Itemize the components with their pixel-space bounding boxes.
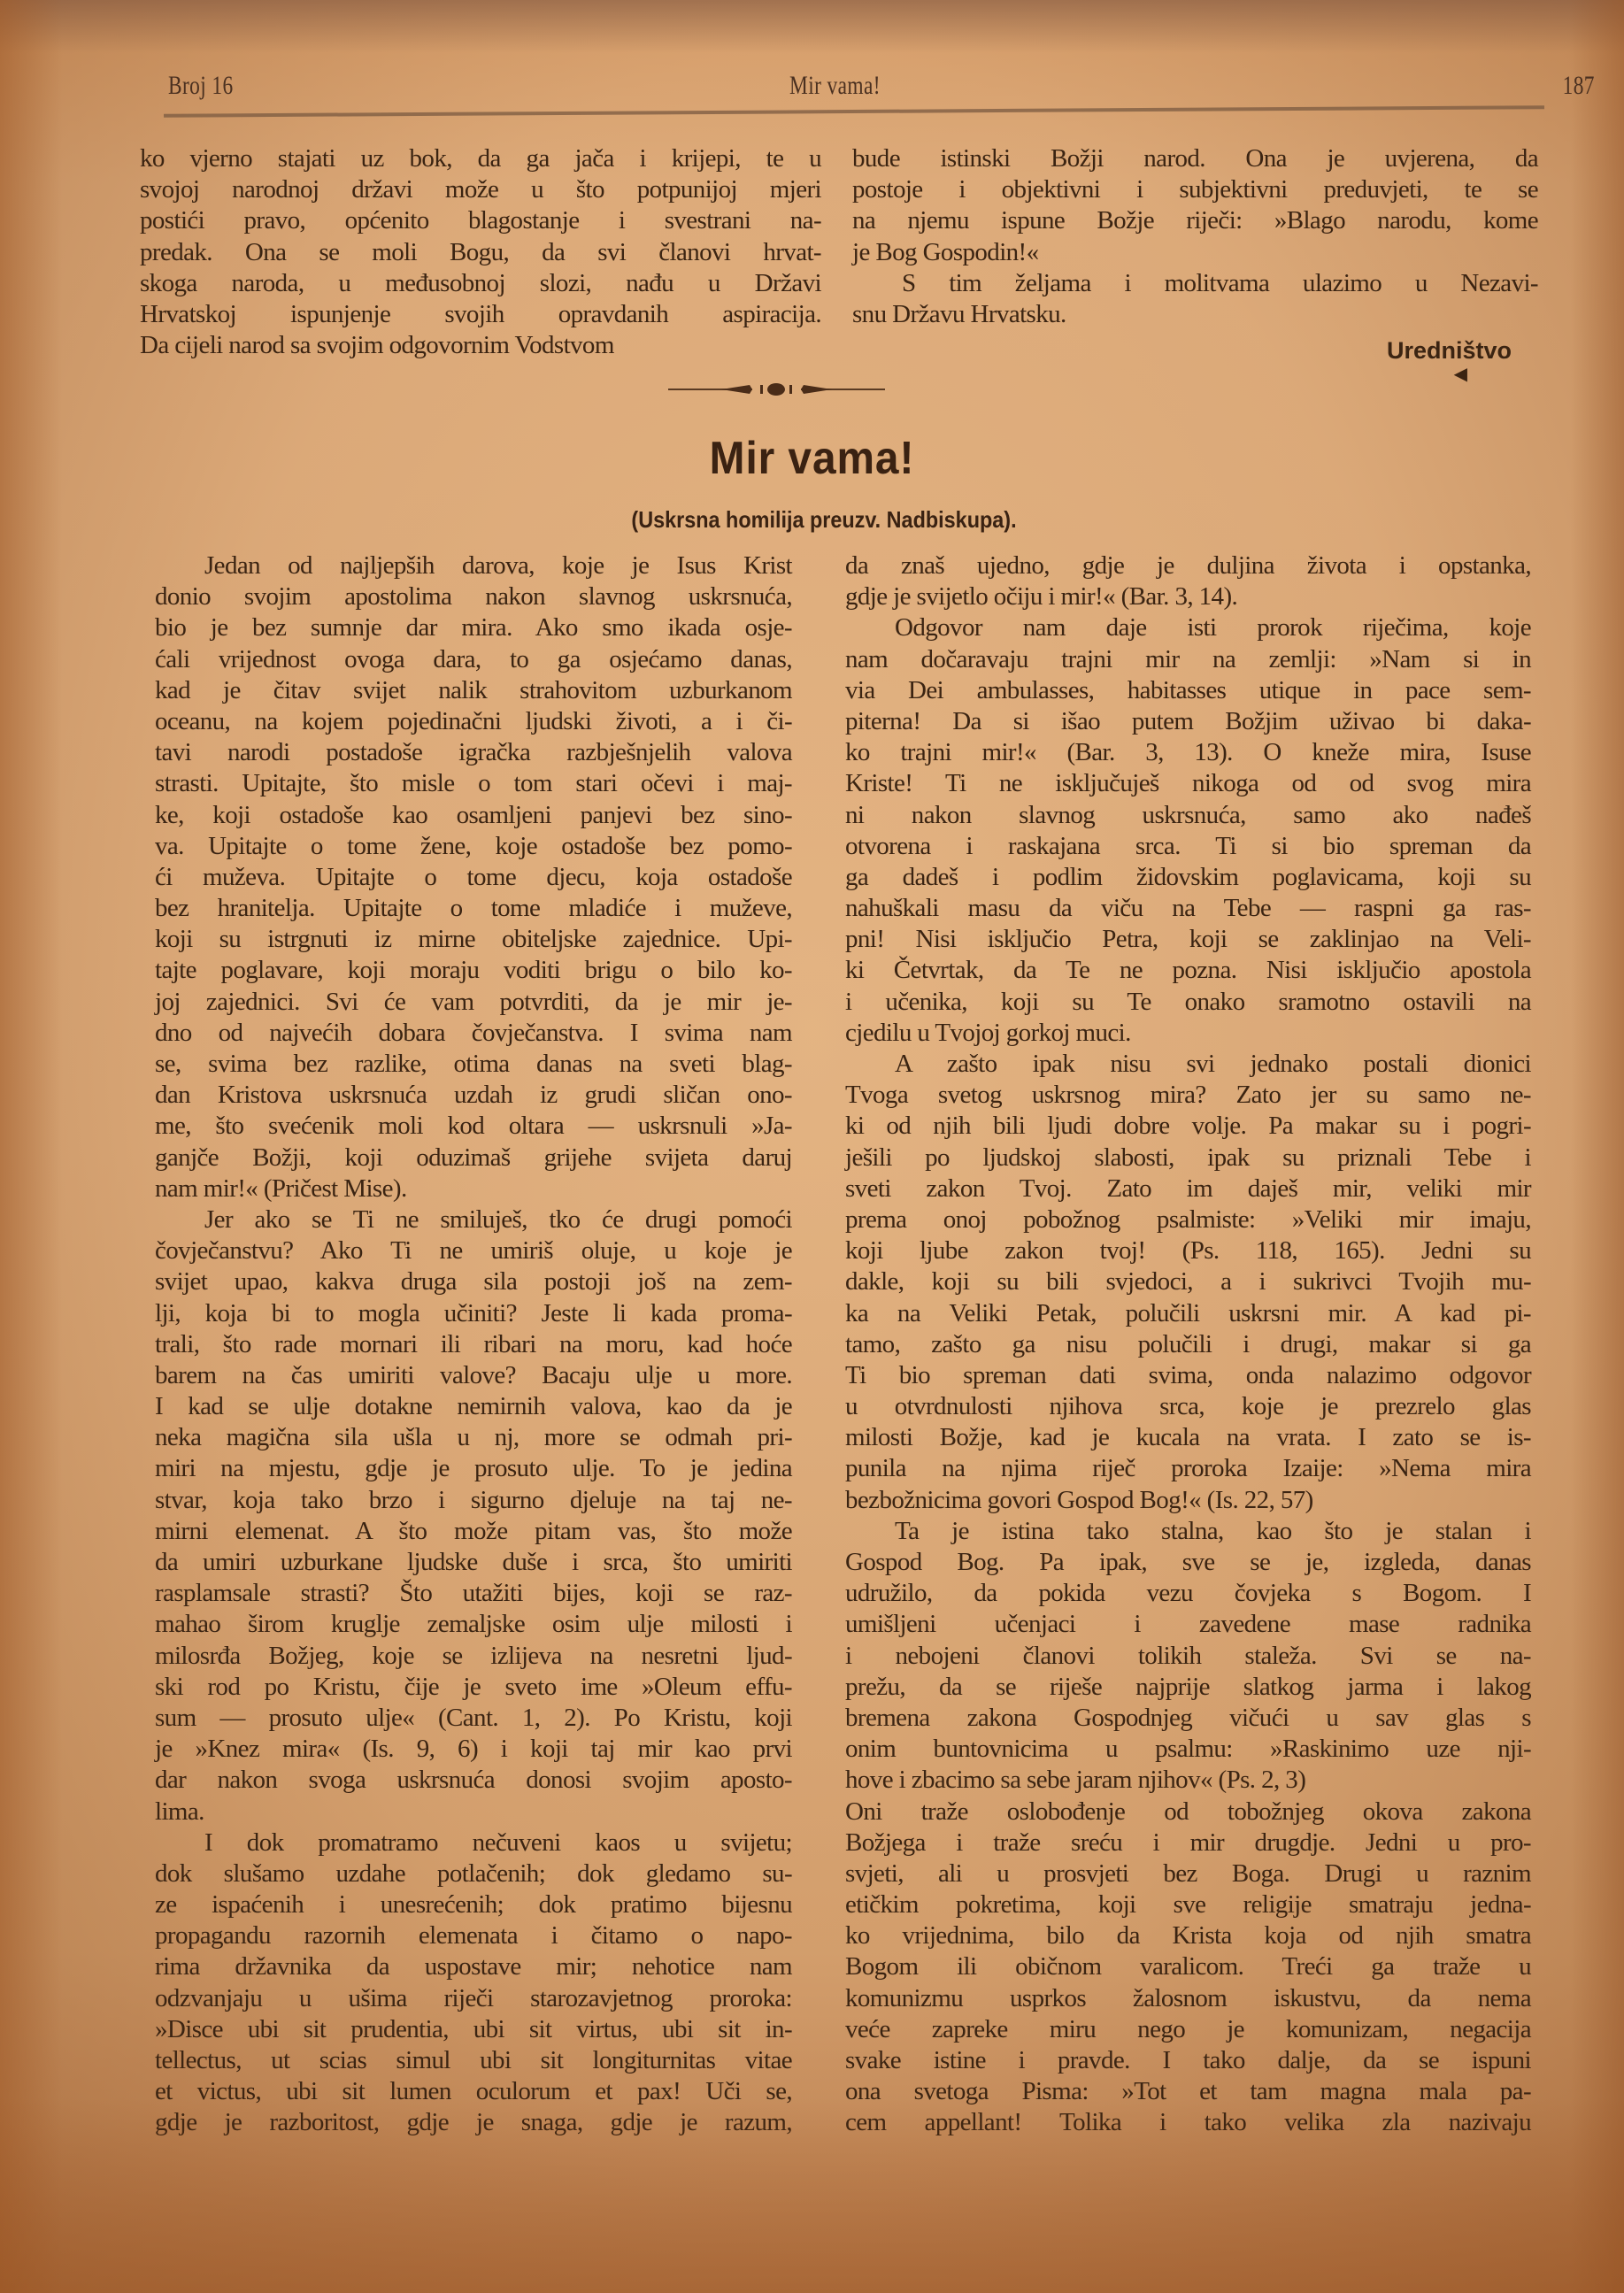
article-subtitle: (Uskrsna homilija preuzv. Nadbiskupa). xyxy=(81,506,1543,534)
text-line: rasplamsale strasti? Što utažiti bijes, … xyxy=(155,1578,792,1609)
text-line: rima državnika da uspostave mir; nehotic… xyxy=(155,1951,792,1982)
text-line: neka magična sila ušla u nj, more se odm… xyxy=(155,1422,792,1453)
text-line: da znaš ujedno, gdje je duljina života i… xyxy=(845,550,1531,581)
text-line: milosti Božje, kad je kucala na vrata. I… xyxy=(845,1422,1531,1453)
text-line: miri na mjestu, gdje je prosuto ulje. To… xyxy=(155,1453,792,1484)
text-line: ko vjerno stajati uz bok, da ga jača i k… xyxy=(140,143,821,174)
text-line: A zašto ipak nisu svi jednako postali di… xyxy=(845,1049,1531,1080)
text-line: me, što svećenik moli kod oltara — uskrs… xyxy=(155,1111,792,1142)
text-line: cem appellant! Tolika i tako velika zla … xyxy=(845,2107,1531,2138)
text-line: et victus, ubi sit lumen oculorum et pax… xyxy=(155,2076,792,2107)
text-line: lima. xyxy=(155,1797,792,1827)
text-line: onim buntovnicima u psalmu: »Raskinimo u… xyxy=(845,1734,1531,1765)
text-line: Tvoga svetog uskrsnog mira? Zato jer su … xyxy=(845,1080,1531,1111)
text-line: etičkim pokretima, koji sve religije sma… xyxy=(845,1889,1531,1920)
section-divider-ornament-icon xyxy=(668,381,885,398)
text-line: Kriste! Ti ne isključuješ nikoga od od s… xyxy=(845,768,1531,799)
text-line: ćali vrijednost ovoga dara, to ga osjeća… xyxy=(155,644,792,675)
text-line: ki od njih bili ljudi dobre volje. Pa ma… xyxy=(845,1111,1531,1142)
text-line: ći muževa. Upitajte o tome djecu, koja o… xyxy=(155,862,792,893)
text-line: ze ispaćenih i unesrećenih; dok pratimo … xyxy=(155,1889,792,1920)
text-line: odzvanjaju u ušima riječi starozavjetnog… xyxy=(155,1983,792,2014)
text-line: gdje je razboritost, gdje je snaga, gdje… xyxy=(155,2107,792,2138)
text-line: u otvrdnulosti njihova srca, koje je pre… xyxy=(845,1391,1531,1422)
text-line: ko trajni mir!« (Bar. 3, 13). O kneže mi… xyxy=(845,737,1531,768)
text-line: i učenika, koji su Te onako sramotno ost… xyxy=(845,987,1531,1018)
preceding-article-right-column: bude istinski Božji narod. Ona je uvjere… xyxy=(852,143,1538,382)
article-left-column: Jedan od najljepših darova, koje je Isus… xyxy=(155,550,792,2139)
text-line: Odgovor nam daje isti prorok riječima, k… xyxy=(845,612,1531,643)
text-line: ni nakon slavnog uskrsnuća, samo ako nađ… xyxy=(845,800,1531,831)
text-line: strasti. Upitajte, što misle o tom stari… xyxy=(155,768,792,799)
text-line: dakle, koji su bili svjedoci, a i sukriv… xyxy=(845,1266,1531,1297)
text-line: ki Četvrtak, da Te ne pozna. Nisi isklju… xyxy=(845,955,1531,986)
header-rule xyxy=(164,105,1544,118)
text-line: hove i zbacimo sa sebe jaram njihov« (Ps… xyxy=(845,1765,1531,1796)
text-line: mirni elemenat. A što može pitam vas, št… xyxy=(155,1516,792,1547)
text-line: prežu, da se riješe najprije slatkog jar… xyxy=(845,1672,1531,1703)
text-line: I dok promatramo nečuveni kaos u svijetu… xyxy=(155,1827,792,1858)
text-line: lji, koja bi to mogla učiniti? Jeste li … xyxy=(155,1298,792,1329)
running-title: Mir vama! xyxy=(789,71,881,101)
text-line: i nebojeni članovi tolikih staleža. Svi … xyxy=(845,1641,1531,1672)
text-line: stvar, koja tako brzo i sigurno djeluje … xyxy=(155,1485,792,1516)
text-line: udružilo, da pokida vezu čovjeka s Bogom… xyxy=(845,1578,1531,1609)
text-line: čovječanstvu? Ako Ti ne umiriš oluje, u … xyxy=(155,1235,792,1266)
article-title: Mir vama! xyxy=(65,432,1559,485)
issue-number: Broj 16 xyxy=(168,71,234,101)
signature: Uredništvo xyxy=(852,335,1538,366)
text-line: postoje i objektivni i subjektivni predu… xyxy=(852,174,1538,205)
text-line: tellectus, ut scias simul ubi sit longit… xyxy=(155,2045,792,2076)
text-line: bezbožnicima govori Gospod Bog!« (Is. 22… xyxy=(845,1485,1531,1516)
end-mark-icon: ◀ xyxy=(852,366,1538,382)
text-line: Ta je istina tako stalna, kao što je sta… xyxy=(845,1516,1531,1547)
text-line: Da cijeli narod sa svojim odgovornim Vod… xyxy=(140,330,821,361)
text-line: snu Državu Hrvatsku. xyxy=(852,299,1538,330)
text-line: punila na njima riječ proroka Izaije: »N… xyxy=(845,1453,1531,1484)
text-line: dok slušamo uzdahe potlačenih; dok gleda… xyxy=(155,1858,792,1889)
text-line: bio je bez sumnje dar mira. Ako smo ikad… xyxy=(155,612,792,643)
text-line: via Dei ambulasses, habitasses utique in… xyxy=(845,675,1531,706)
text-line: Gospod Bog. Pa ipak, sve se je, izgleda,… xyxy=(845,1547,1531,1578)
text-line: I kad se ulje dotakne nemirnih valova, k… xyxy=(155,1391,792,1422)
scanned-page: Broj 16 Mir vama! 187 ko vjerno stajati … xyxy=(0,0,1624,2293)
text-line: na njemu ispune Božje riječi: »Blago nar… xyxy=(852,205,1538,236)
text-line: gdje je svijetlo očiju i mir!« (Bar. 3, … xyxy=(845,581,1531,612)
text-line: umišljeni učenjaci i zavedene mase radni… xyxy=(845,1609,1531,1640)
text-line: oceanu, na kojem pojedinačni ljudski živ… xyxy=(155,706,792,737)
text-line: svijet upao, kakva druga sila postoji jo… xyxy=(155,1266,792,1297)
text-line: Božjega i traže sreću i mir drugdje. Jed… xyxy=(845,1827,1531,1858)
page-edge-shadow-right xyxy=(1571,0,1624,2293)
text-line: »Disce ubi sit prudentia, ubi sit virtus… xyxy=(155,2014,792,2045)
running-head: Broj 16 Mir vama! 187 xyxy=(168,71,1245,106)
text-line: Ti bio spreman dati svima, onda nalazimo… xyxy=(845,1360,1531,1391)
text-line: dan Kristova uskrsnuća uzdah iz grudi sl… xyxy=(155,1080,792,1111)
text-line: sum — prosuto ulje« (Cant. 1, 2). Po Kri… xyxy=(155,1703,792,1734)
text-line: prema onoj pobožnog psalmiste: »Veliki m… xyxy=(845,1204,1531,1235)
text-line: bez hranitelja. Upitajte o tome mladiće … xyxy=(155,893,792,924)
text-line: joj zajednici. Svi će vam potvrditi, da … xyxy=(155,987,792,1018)
text-line: veće zapreke miru nego je komunizam, neg… xyxy=(845,2014,1531,2045)
text-line: cjedilu u Tvojoj gorkoj muci. xyxy=(845,1018,1531,1049)
text-line: kad je čitav svijet nalik strahovitom uz… xyxy=(155,675,792,706)
text-line: nahuškali masu da viču na Tebe — raspni … xyxy=(845,893,1531,924)
text-line: Jer ako se Ti ne smiluješ, tko će drugi … xyxy=(155,1204,792,1235)
text-line: se, svima bez razlike, otima danas na sv… xyxy=(155,1049,792,1080)
text-line: dno od najvećih dobara čovječanstva. I s… xyxy=(155,1018,792,1049)
text-line: bremena zakona Gospodnjeg vičući u sav g… xyxy=(845,1703,1531,1734)
text-line: dar nakon svoga uskrsnuća donosi svojim … xyxy=(155,1765,792,1796)
article-right-column: da znaš ujedno, gdje je duljina života i… xyxy=(845,550,1531,2139)
page-edge-stain xyxy=(0,0,1624,53)
text-line: da umiri uzburkane ljudske duše i srca, … xyxy=(155,1547,792,1578)
text-line: komunizmu usprkos žalosnom iskustvu, da … xyxy=(845,1983,1531,2014)
preceding-article-left-column: ko vjerno stajati uz bok, da ga jača i k… xyxy=(140,143,821,361)
text-line: donio svojim apostolima nakon slavnog us… xyxy=(155,581,792,612)
text-line: propagandu razornih elemenata i čitamo o… xyxy=(155,1920,792,1951)
text-line: Bogom ili običnom varalicom. Treći ga tr… xyxy=(845,1951,1531,1982)
text-line: ona svetoga Pisma: »Tot et tam magna mal… xyxy=(845,2076,1531,2107)
text-line: mahao širom kruglje zemaljske osim ulje … xyxy=(155,1609,792,1640)
text-line: tajte poglavare, koji moraju voditi brig… xyxy=(155,955,792,986)
text-line: postići pravo, općenito blagostanje i sv… xyxy=(140,205,821,236)
text-line: ke, koji ostadoše kao osamljeni panjevi … xyxy=(155,800,792,831)
page-edge-shadow-left xyxy=(0,0,62,2293)
text-line: bude istinski Božji narod. Ona je uvjere… xyxy=(852,143,1538,174)
text-line: ganjče Božji, koji oduzimaš grijehe svij… xyxy=(155,1143,792,1173)
text-line: tamo, zašto ga nisu polučili i drugi, ma… xyxy=(845,1329,1531,1360)
text-line: je »Knez mira« (Is. 9, 6) i koji taj mir… xyxy=(155,1734,792,1765)
text-line: nam mir!« (Pričest Mise). xyxy=(155,1173,792,1204)
text-line: barem na čas umiriti valove? Bacaju ulje… xyxy=(155,1360,792,1391)
text-line: S tim željama i molitvama ulazimo u Neza… xyxy=(852,268,1538,299)
text-line: va. Upitajte o tome žene, koje ostadoše … xyxy=(155,831,792,862)
text-line: predak. Ona se moli Bogu, da svi članovi… xyxy=(140,237,821,268)
text-line: koji ljube zakon tvoj! (Ps. 118, 165). J… xyxy=(845,1235,1531,1266)
text-line: koji su istrgnuti iz mirne obiteljske za… xyxy=(155,924,792,955)
text-line: Oni traže oslobođenje od tobožnjeg okova… xyxy=(845,1797,1531,1827)
text-line: ko vrijednima, bilo da Krista koja od nj… xyxy=(845,1920,1531,1951)
text-line: ga dadeš i podlim židovskim poglavicama,… xyxy=(845,862,1531,893)
text-line: skoga naroda, u međusobnoj slozi, nađu u… xyxy=(140,268,821,299)
page-number: 187 xyxy=(1563,71,1595,101)
text-line: Jedan od najljepših darova, koje je Isus… xyxy=(155,550,792,581)
text-line: nam dočaravaju trajni mir na zemlji: »Na… xyxy=(845,644,1531,675)
text-line: svake istine i pravde. I tako dalje, da … xyxy=(845,2045,1531,2076)
text-line: svojoj narodnoj državi može u što potpun… xyxy=(140,174,821,205)
text-line: trali, što rade mornari ili ribari na mo… xyxy=(155,1329,792,1360)
text-line: ka na Veliki Petak, polučili uskrsni mir… xyxy=(845,1298,1531,1329)
text-line: milosrđa Božjeg, koje se izlijeva na nes… xyxy=(155,1641,792,1672)
text-line: otvorena i raskajana srca. Ti si bio spr… xyxy=(845,831,1531,862)
text-line: ješili po ljudskoj slabosti, ipak su pri… xyxy=(845,1143,1531,1173)
text-line: pni! Nisi isključio Petra, koji se zakli… xyxy=(845,924,1531,955)
text-line: je Bog Gospodin!« xyxy=(852,237,1538,268)
text-line: ski rod po Kristu, čije je sveto ime »Ol… xyxy=(155,1672,792,1703)
text-line: tavi narodi postadoše igračka razbješnje… xyxy=(155,737,792,768)
text-line: piterna! Da si išao putem Božjim uživao … xyxy=(845,706,1531,737)
text-line: Hrvatskoj ispunjenje svojih opravdanih a… xyxy=(140,299,821,330)
text-line: svjeti, ali u prosvjeti bez Boga. Drugi … xyxy=(845,1858,1531,1889)
text-line: sveti zakon Tvoj. Zato im daješ mir, vel… xyxy=(845,1173,1531,1204)
